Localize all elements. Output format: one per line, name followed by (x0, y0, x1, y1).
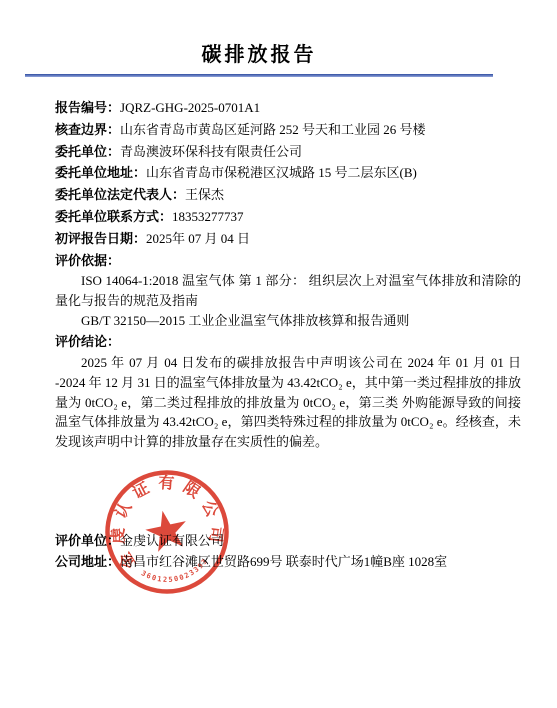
title-divider (25, 74, 493, 77)
field-label: 报告编号： (55, 100, 120, 115)
field-value: JQRZ-GHG-2025-0701A1 (120, 100, 260, 115)
field-evaluator-company: 评价单位：金虔认证有限公司 (55, 530, 521, 552)
field-label: 委托单位地址： (55, 165, 146, 180)
field-contact-phone: 委托单位联系方式：18353277737 (55, 206, 521, 228)
field-label: 核查边界： (55, 122, 120, 137)
field-value: 山东省青岛市黄岛区延河路 252 号天和工业园 26 号楼 (120, 122, 426, 137)
conclusion-heading: 评价结论： (55, 331, 521, 353)
conclusion-text: 2025 年 07 月 04 日发布的碳排放报告中声明该公司在 2024 年 0… (55, 353, 521, 452)
field-report-number: 报告编号：JQRZ-GHG-2025-0701A1 (55, 97, 521, 119)
page-title: 碳排放报告 (25, 38, 493, 67)
basis-heading: 评价依据： (55, 250, 521, 272)
field-report-date: 初评报告日期：2025年 07 月 04 日 (55, 228, 521, 250)
basis-item-iso: ISO 14064-1:2018 温室气体 第 1 部分： 组织层次上对温室气体… (55, 271, 521, 311)
basis-item-gbt: GB/T 32150—2015 工业企业温室气体排放核算和报告通则 (55, 311, 521, 331)
field-value: 2025年 07 月 04 日 (146, 231, 250, 246)
field-value: 南昌市红谷滩区世贸路699号 联泰时代广场1幢B座 1028室 (120, 554, 447, 569)
field-evaluator-address: 公司地址：南昌市红谷滩区世贸路699号 联泰时代广场1幢B座 1028室 (55, 551, 521, 573)
footer-block: 评价单位：金虔认证有限公司 公司地址：南昌市红谷滩区世贸路699号 联泰时代广场… (55, 530, 521, 574)
field-label: 委托单位法定代表人： (55, 187, 185, 202)
field-value: 山东省青岛市保税港区汉城路 15 号二层东区(B) (146, 165, 417, 180)
field-value: 18353277737 (172, 209, 244, 224)
field-verification-boundary: 核查边界：山东省青岛市黄岛区延河路 252 号天和工业园 26 号楼 (55, 119, 521, 141)
document-page: 碳排放报告 报告编号：JQRZ-GHG-2025-0701A1 核查边界：山东省… (0, 0, 557, 708)
field-label: 初评报告日期： (55, 231, 146, 246)
field-label: 评价单位： (55, 533, 120, 548)
field-legal-representative: 委托单位法定代表人：王保杰 (55, 184, 521, 206)
field-value: 王保杰 (185, 187, 224, 202)
field-value: 青岛澳波环保科技有限责任公司 (120, 144, 302, 159)
document-body: 报告编号：JQRZ-GHG-2025-0701A1 核查边界：山东省青岛市黄岛区… (55, 97, 521, 573)
field-label: 委托单位： (55, 144, 120, 159)
field-client-company: 委托单位：青岛澳波环保科技有限责任公司 (55, 141, 521, 163)
field-client-address: 委托单位地址：山东省青岛市保税港区汉城路 15 号二层东区(B) (55, 162, 521, 184)
field-label: 公司地址： (55, 554, 120, 569)
field-label: 委托单位联系方式： (55, 209, 172, 224)
field-value: 金虔认证有限公司 (120, 533, 224, 548)
